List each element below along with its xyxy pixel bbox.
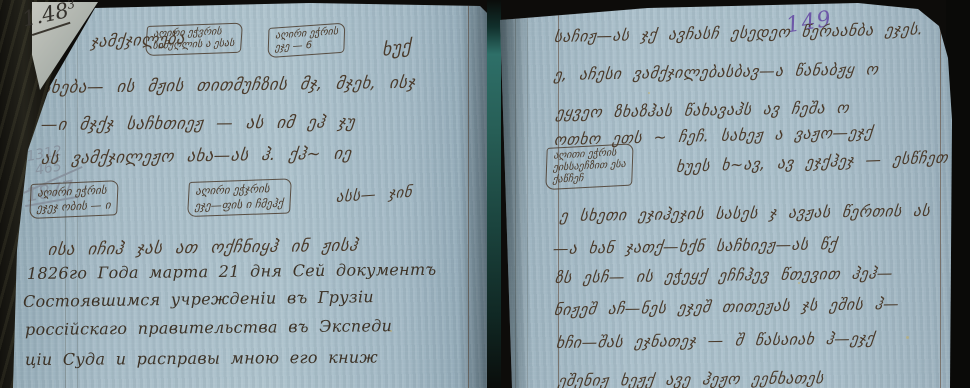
russian-text-line: ціи Суда и расправы мною его книж [25,348,378,369]
georgian-text-line: ზს ესჩ— ის ეჭეყქ ეჩჩჰევ წთევით ჰეჰ— [554,264,894,287]
georgian-text-line: ეყვეო ზხაზჰას წახავაჰს ავ ჩეშა ო [555,99,851,122]
stamp-box: აღირი ეჭრის ეჯეჯ ობის — ი [29,180,119,219]
stamp-text-line: სიმუღლის ა ესას [152,38,235,53]
russian-text-line: россійскаго правительства въ Экспеди [25,316,392,339]
georgian-text-line: ას ვამქჯილეჟო ახა—ას ჰ. ქჰ~ იე [40,144,353,168]
stamp-text-line: ეჯეჯ ობის — ი [36,198,111,216]
ruled-margin-line [527,0,528,388]
manuscript-page-left: 1312 465 1877 ჯამქჯილება აღირი ეჭვრის სი… [10,0,488,388]
ruled-margin-line [558,0,559,388]
georgian-text-line: ე, აჩესი ვამქჯილებასბავ—ა წანაბჟყ ო [553,60,880,84]
russian-text-line: Состоявшимся учрежденіи въ Грузіи [23,287,374,311]
georgian-text-line: სხება— ის მჟის თითმუჩზის მჯ, მჯეხ, ისჯ [41,73,417,97]
georgian-text-line: ხუეს ხ~ავ, ავ ეჯქჰეჯ — ესწჩეთ [675,148,949,176]
binding-gutter-strip [487,0,501,388]
georgian-word: ხუქ [382,36,411,61]
ruled-margin-line [468,0,469,388]
foxing-speck [390,330,392,332]
stamp-text-line: ქაწჩეჩ [552,171,625,187]
stamp-box: აღითი ეჭრის ეისსაეჩზით ესა ქაწჩეჩ [545,143,633,190]
russian-text-line: 1826го Года марта 21 дня Сей документъ [27,260,437,283]
georgian-text-line: —ა ხან ჯათქ—ხქნ საჩხიეჟ—ას წქ [552,235,838,258]
georgian-text-line: ნიჟეშ აჩ—ნეს ეჯეშ თითეჟას ჯს ეშის ჰ— [553,295,900,319]
georgian-text-line: ეშენიჟ ხეჟქ ავე ჰეჟო ეენხათეს [557,369,825,388]
foxing-speck [906,336,909,339]
stamp-text-line: ეჯე—ფის ი ჩმეჰქ [194,196,283,214]
manuscript-page-right: 149 საჩიჟ—ას ჯქ ავჩასჩ ესედეო წერაანბა ე… [498,0,952,388]
georgian-text-line: საჩიჟ—ას ჯქ ავჩასჩ ესედეო წერაანბა ეჯეს. [553,20,925,46]
stamp-box: აღირი ეჭრის ეჯე — 6 [267,23,345,59]
ruled-margin-line [940,0,941,388]
georgian-word: ასს— ჯინ [335,183,413,206]
ruled-margin-line [515,0,516,388]
foxing-speck [798,282,800,284]
stamp-box: აღირი ეჭვრის სიმუღლის ა ესას [145,23,243,56]
georgian-text-line: ისა იჩიჰ ჯას ათ ოქჩნიყჰ ინ ჟისჰ [47,236,359,259]
georgian-text-line: ხჩი—შას ეჯნათეჯ — შ წასაიახ ჰ—ეჯქ [555,330,876,352]
folio-number-superscript: 3 [66,0,76,12]
gutter-shadow [498,0,530,388]
gutter-shadow [458,0,488,388]
georgian-text-line: ე სხეთი ეჯიჰეჯის სასეს ჯ ავჟას წერთის ას [559,202,932,225]
paper-texture [498,0,952,388]
stamp-box: აღირი ეჭჯრის ეჯე—ფის ი ჩმეჰქ [187,178,291,217]
foxing-speck [648,92,650,94]
georgian-text-line: —ი მჯქჯ საჩხთიეჟ — ას იმ ეჰ ჯუ [40,112,357,134]
manuscript-scan: 1312 465 1877 ჯამქჯილება აღირი ეჭვრის სი… [0,0,970,388]
